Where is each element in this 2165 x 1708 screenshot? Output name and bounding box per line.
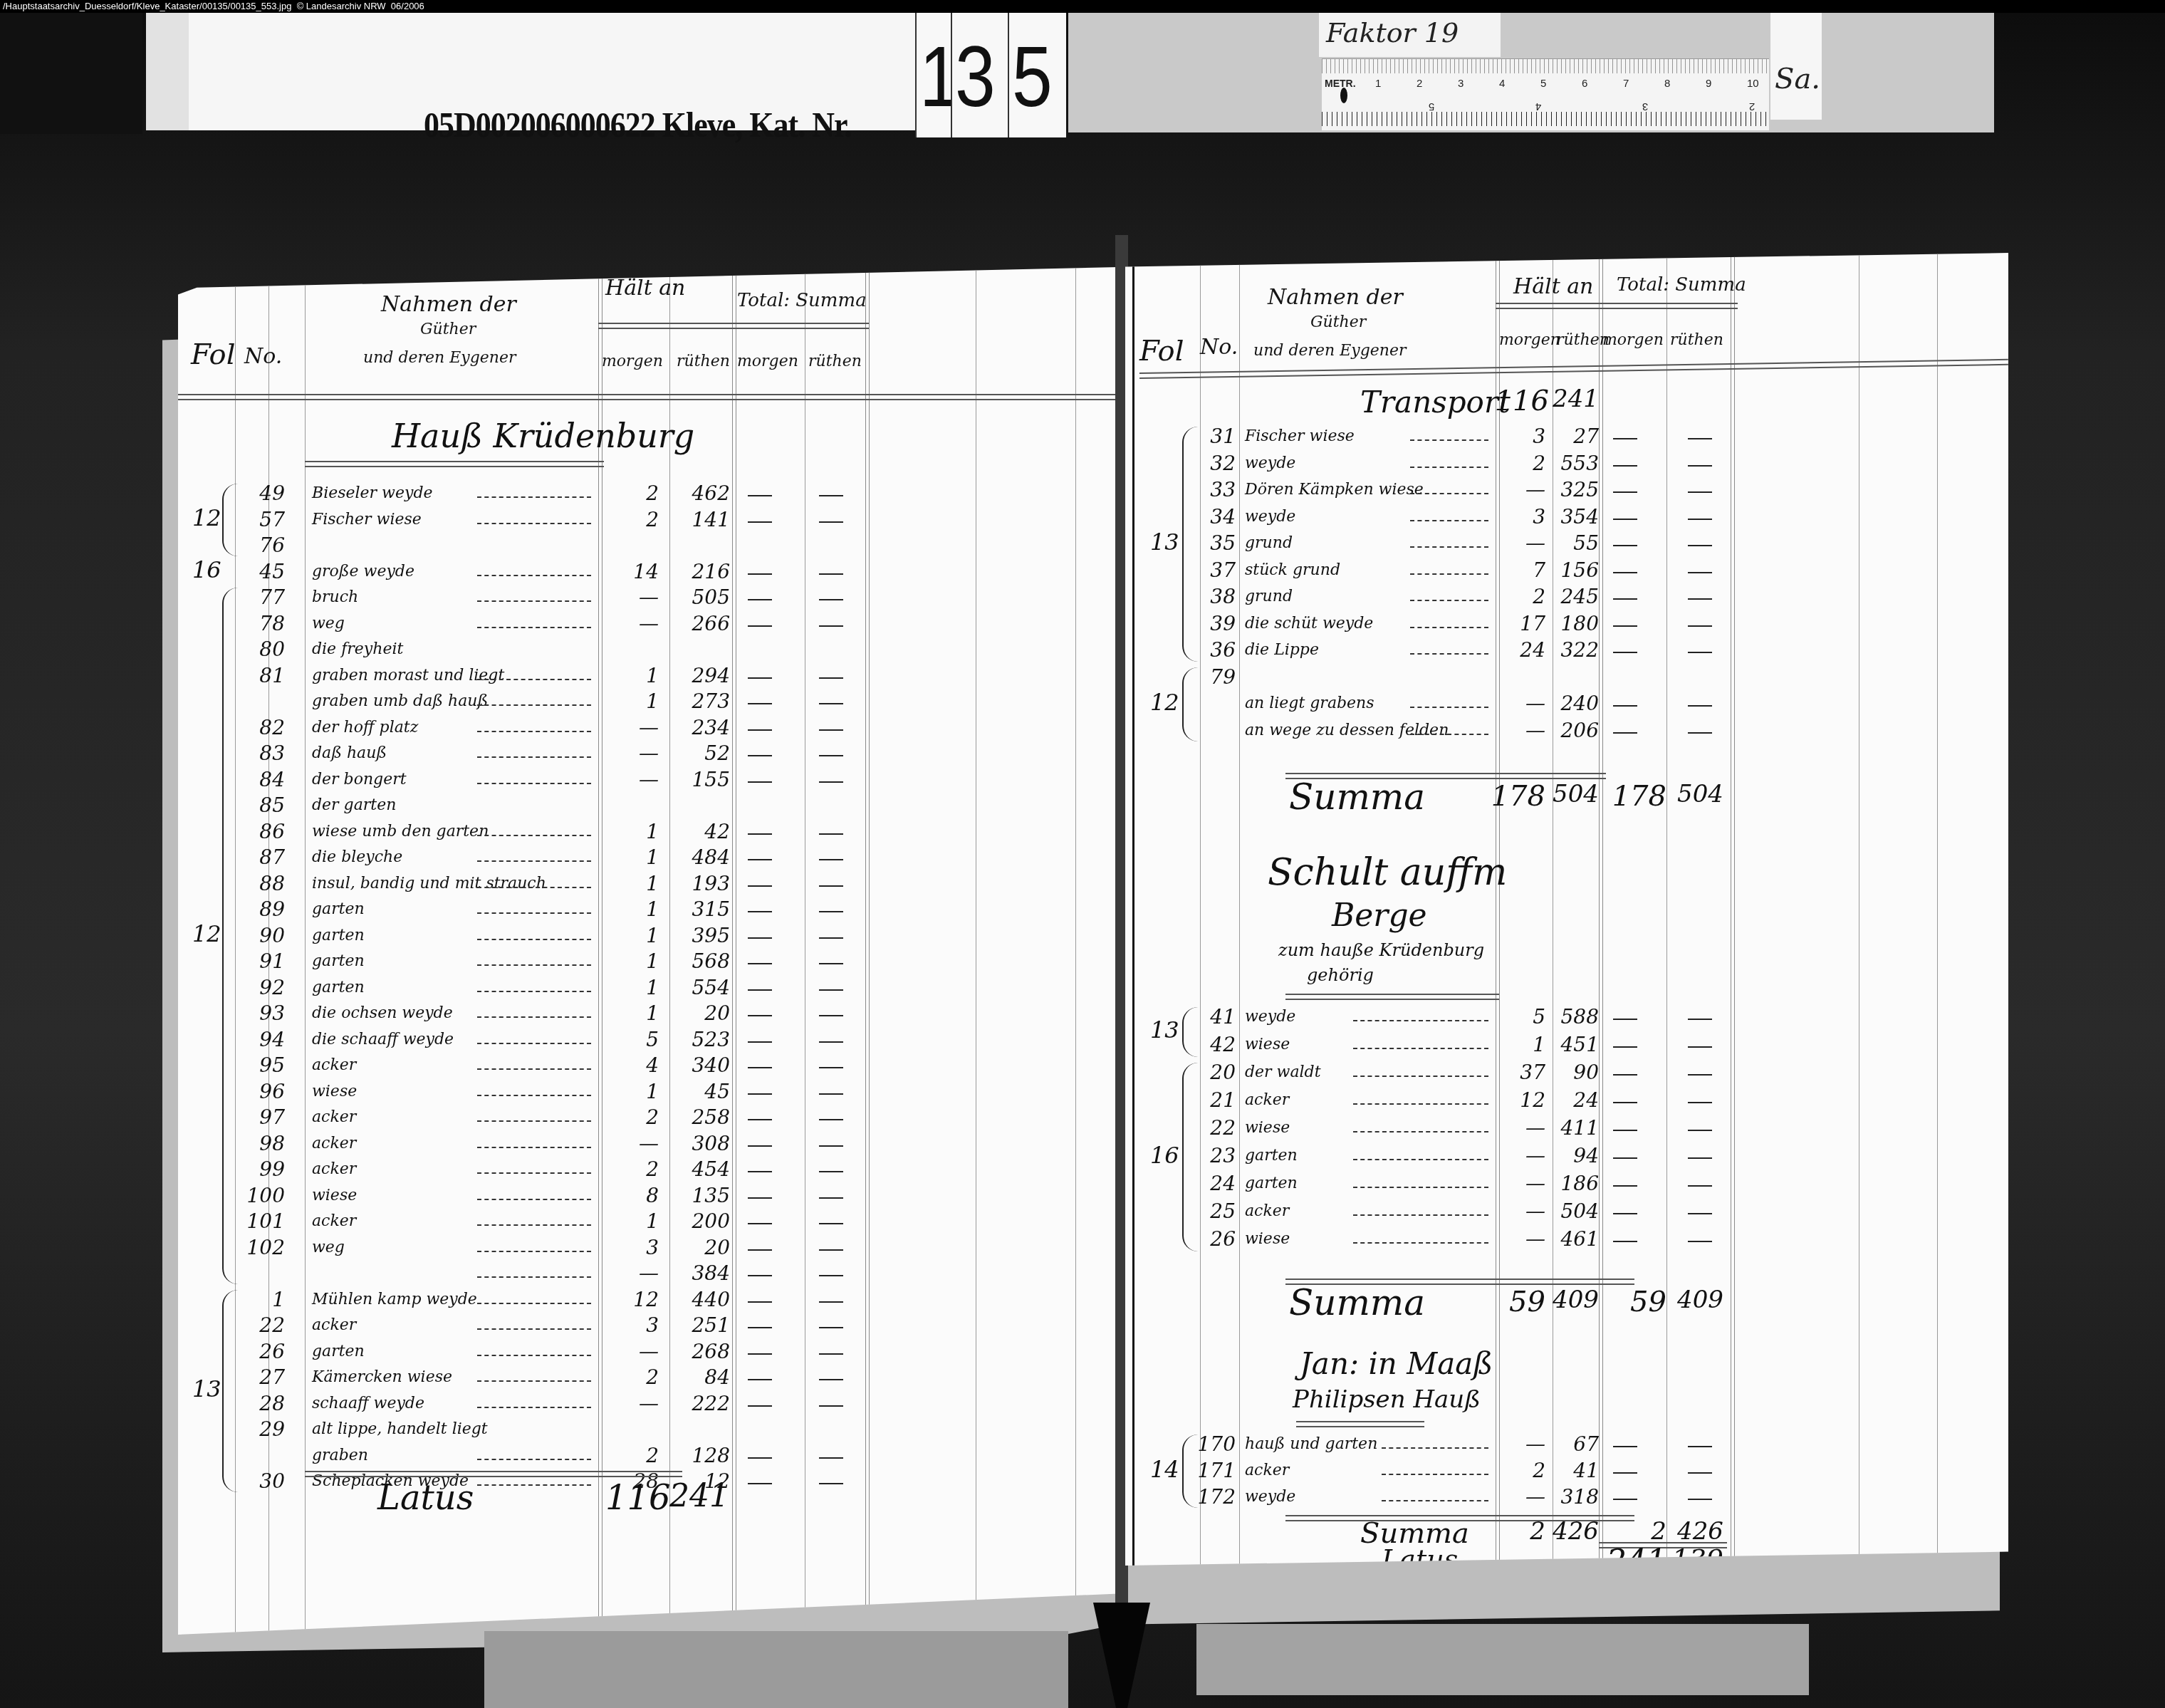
parcel-number: 39	[1193, 611, 1236, 637]
archive-path-caption: /Hauptstaatsarchiv_Duesseldorf/Kleve_Kat…	[0, 0, 2165, 13]
leader-dashes	[1410, 707, 1488, 708]
leader-dashes	[477, 991, 591, 992]
total-dash	[819, 937, 843, 939]
parcel-number: 35	[1193, 531, 1236, 556]
folio-reference: 13	[1150, 1016, 1179, 1043]
parcel-number: 33	[1193, 477, 1236, 503]
ledger-row: 89garten1315	[178, 897, 1104, 922]
area-morgen: 2	[616, 1105, 659, 1130]
total-dash	[819, 1379, 843, 1380]
area-ruthen: 20	[673, 1235, 730, 1261]
total-dash	[819, 521, 843, 523]
ledger-row: 35grund—55	[1125, 531, 2008, 556]
area-morgen: —	[1503, 1171, 1545, 1197]
area-ruthen: 504	[1542, 1199, 1599, 1224]
area-ruthen: 186	[1542, 1171, 1599, 1197]
ledger-row: 20der waldt3790	[1125, 1060, 2008, 1085]
area-ruthen: 67	[1542, 1432, 1599, 1457]
area-ruthen: 340	[673, 1053, 730, 1078]
ruler-ticks	[1322, 112, 1769, 126]
ledger-row: 38grund2245	[1125, 584, 2008, 610]
total-dash	[819, 1015, 843, 1016]
ledger-row: an liegt grabens—240	[1125, 691, 2008, 717]
summa-total-ruthen: 504	[1666, 780, 1723, 808]
parcel-number: 34	[1193, 504, 1236, 530]
parcel-description: wiese	[1245, 1032, 1290, 1058]
parcel-number: 41	[1193, 1004, 1236, 1030]
leader-dashes	[477, 1328, 591, 1330]
parcel-description: acker	[1245, 1199, 1289, 1224]
area-ruthen: 84	[673, 1365, 730, 1390]
parcel-description: Fischer wiese	[1245, 424, 1355, 449]
leader-dashes	[477, 1224, 591, 1226]
area-morgen: 1	[616, 845, 659, 870]
ledger-row: 95acker4340	[178, 1053, 1104, 1078]
total-dash	[748, 911, 772, 912]
leader-dashes	[1353, 1103, 1488, 1105]
total-dash	[819, 1275, 843, 1276]
area-ruthen: 41	[1542, 1458, 1599, 1484]
total-dash	[1613, 1499, 1637, 1500]
col-header-ruthen: rüthen	[1670, 331, 1723, 349]
ruler-number: 5	[1540, 78, 1546, 90]
col-header-name: und deren Eygener	[1253, 342, 1407, 360]
area-ruthen: 55	[1542, 531, 1599, 556]
leader-dashes	[477, 1147, 591, 1148]
parcel-number: 81	[242, 663, 285, 689]
col-header-no: No.	[1200, 335, 1238, 360]
parcel-number: 94	[242, 1027, 285, 1053]
total-dash	[1688, 652, 1712, 653]
leader-dashes	[477, 887, 591, 888]
ruler-number: 2	[1749, 100, 1755, 113]
ledger-row: 90garten1395	[178, 923, 1104, 949]
area-morgen: —	[616, 1391, 659, 1417]
ledger-row: 22acker3251	[178, 1313, 1104, 1338]
parcel-number: 82	[242, 715, 285, 741]
parcel-description: wiese	[1245, 1227, 1290, 1252]
ruler-number: 8	[1664, 78, 1670, 90]
area-ruthen: 20	[673, 1001, 730, 1026]
leader-dashes	[477, 627, 591, 628]
summa-total-morgen: 59	[1599, 1286, 1666, 1318]
total-dash	[819, 833, 843, 835]
ledger-row: 41weyde5588	[1125, 1004, 2008, 1030]
area-morgen: 5	[616, 1027, 659, 1053]
parcel-number: 100	[242, 1183, 285, 1209]
col-header-ruthen: rüthen	[1556, 331, 1610, 349]
area-morgen: 1	[616, 819, 659, 845]
ruler-ticks	[1322, 59, 1769, 73]
parcel-number: 83	[242, 741, 285, 766]
total-dash	[819, 1223, 843, 1224]
total-dash	[1688, 1472, 1712, 1474]
area-morgen: 4	[616, 1053, 659, 1078]
leader-dashes	[477, 1276, 591, 1278]
total-dash	[748, 1301, 772, 1303]
area-morgen: 12	[1503, 1088, 1545, 1113]
leader-dashes	[477, 1016, 591, 1018]
col-header-name: Nahmen der	[1268, 285, 1403, 310]
total-dash	[748, 599, 772, 600]
total-dash	[1688, 1074, 1712, 1076]
summa-label: Summa	[1289, 776, 1425, 818]
parcel-description: graben morast und liegt	[312, 663, 504, 689]
ruler-unit: METR.	[1325, 78, 1356, 89]
area-ruthen: 180	[1542, 611, 1599, 637]
section-title: Hauß Krüdenburg	[392, 417, 694, 455]
total-dash	[748, 1275, 772, 1276]
parcel-description: weg	[312, 1235, 345, 1261]
ruler-number: 3	[1642, 100, 1648, 113]
area-ruthen: 308	[673, 1131, 730, 1157]
folio-reference: 12	[1150, 689, 1179, 716]
total-dash	[819, 755, 843, 756]
ledger-row: an wege zu dessen felden—206	[1125, 718, 2008, 744]
area-morgen: 2	[616, 1365, 659, 1390]
area-morgen: 24	[1503, 637, 1545, 663]
brace-icon	[222, 1290, 238, 1492]
total-dash	[748, 1119, 772, 1120]
area-ruthen: 568	[673, 949, 730, 974]
total-dash	[1613, 1019, 1637, 1020]
ledger-row: 29alt lippe, handelt liegt	[178, 1417, 1104, 1442]
parcel-number: 92	[242, 975, 285, 1001]
leader-dashes	[477, 1459, 591, 1460]
total-dash	[1613, 1472, 1637, 1474]
ledger-row: 32weyde2553	[1125, 451, 2008, 477]
total-dash	[748, 1405, 772, 1407]
ledger-row: 171acker241	[1125, 1458, 2008, 1484]
ledger-row: 79	[1125, 665, 2008, 690]
area-morgen: 8	[616, 1183, 659, 1209]
ledger-row: 45große weyde14216	[178, 559, 1104, 585]
brace-icon	[1182, 1063, 1198, 1251]
ruler-number: 3	[1458, 78, 1464, 90]
total-dash	[1613, 1241, 1637, 1242]
total-dash	[1613, 1046, 1637, 1048]
parcel-number: 20	[1193, 1060, 1236, 1085]
parcel-number: 85	[242, 793, 285, 818]
parcel-number: 88	[242, 871, 285, 897]
leader-dashes	[477, 523, 591, 524]
ledger-row: 37stück grund7156	[1125, 558, 2008, 583]
total-dash	[748, 573, 772, 575]
area-morgen: —	[1503, 531, 1545, 556]
ledger-row: 84der bongert—155	[178, 767, 1104, 793]
ledger-row: 49Bieseler weyde2462	[178, 481, 1104, 506]
total-dash	[748, 963, 772, 964]
parcel-description: garten	[312, 975, 365, 1001]
brace-icon	[1182, 1434, 1198, 1508]
col-header-fol: Fol	[191, 338, 235, 371]
total-dash	[1688, 519, 1712, 520]
parcel-number: 78	[242, 611, 285, 637]
total-dash	[748, 1353, 772, 1355]
total-dash	[1688, 625, 1712, 627]
parcel-number: 22	[1193, 1115, 1236, 1141]
area-ruthen: 266	[673, 611, 730, 637]
area-ruthen: 354	[1542, 504, 1599, 530]
parcel-description: große weyde	[312, 559, 414, 585]
area-ruthen: 462	[673, 481, 730, 506]
area-ruthen: 411	[1542, 1115, 1599, 1141]
leader-dashes	[477, 783, 591, 784]
ledger-row: 99acker2454	[178, 1157, 1104, 1182]
leader-dashes	[1410, 573, 1488, 575]
parcel-number: 97	[242, 1105, 285, 1130]
total-dash	[1613, 1213, 1637, 1214]
parcel-number: 22	[242, 1313, 285, 1338]
label-card-margin	[146, 13, 189, 130]
total-dash	[1613, 438, 1637, 439]
area-ruthen: 451	[1542, 1032, 1599, 1058]
total-dash	[819, 1145, 843, 1147]
parcel-description: acker	[312, 1053, 356, 1078]
leader-dashes	[1410, 734, 1488, 735]
ledger-row: 22wiese—411	[1125, 1115, 2008, 1141]
total-dash	[1688, 1213, 1712, 1214]
leader-dashes	[477, 964, 591, 966]
area-ruthen: 240	[1542, 691, 1599, 717]
ruler-number: 2	[1417, 78, 1422, 90]
parcel-description: die schüt weyde	[1245, 611, 1373, 637]
parcel-number: 96	[242, 1079, 285, 1105]
folio-reference: 14	[1150, 1456, 1179, 1483]
parcel-number: 38	[1193, 584, 1236, 610]
total-dash	[748, 1223, 772, 1224]
parcel-number: 36	[1193, 637, 1236, 663]
area-morgen: —	[1503, 477, 1545, 503]
area-morgen: —	[1503, 1484, 1545, 1510]
parcel-description: garten	[312, 1339, 365, 1365]
total-dash	[1688, 572, 1712, 573]
leader-dashes	[477, 1043, 591, 1044]
total-dash	[748, 1457, 772, 1459]
summa-total-morgen: 178	[1599, 780, 1666, 813]
total-dash	[1613, 519, 1637, 520]
parcel-description: acker	[312, 1209, 356, 1234]
leader-dashes	[477, 600, 591, 602]
leader-dashes	[477, 1355, 591, 1356]
ruler-number: 5	[1429, 100, 1434, 113]
area-morgen: 2	[1503, 1458, 1545, 1484]
total-dash	[1613, 1102, 1637, 1103]
area-ruthen: 588	[1542, 1004, 1599, 1030]
area-morgen: —	[616, 767, 659, 793]
leader-dashes	[1382, 1500, 1488, 1501]
ruler-number: 9	[1706, 78, 1711, 90]
parcel-description: alt lippe, handelt liegt	[312, 1417, 488, 1442]
total-dash	[819, 963, 843, 964]
total-dash	[819, 573, 843, 575]
ledger-row: 83daß hauß—52	[178, 741, 1104, 766]
ledger-row: 100wiese8135	[178, 1183, 1104, 1209]
leader-dashes	[1410, 653, 1488, 655]
brace-icon	[222, 588, 238, 1284]
leader-dashes	[477, 1068, 591, 1070]
col-header-total-summa: Total: Summa	[1617, 274, 1746, 296]
total-dash	[1613, 705, 1637, 707]
area-morgen: —	[1503, 1115, 1545, 1141]
parcel-number: 45	[242, 559, 285, 585]
area-ruthen: 234	[673, 715, 730, 741]
total-dash	[748, 833, 772, 835]
parcel-description: stück grund	[1245, 558, 1340, 583]
leader-dashes	[1353, 1159, 1488, 1160]
folio-reference: 16	[1150, 1142, 1179, 1169]
parcel-number: 77	[242, 585, 285, 610]
col-header-name: Nahmen der	[381, 292, 516, 317]
parcel-description: wiese umb den garten	[312, 819, 489, 845]
total-dash	[1688, 491, 1712, 493]
ledger-row: 57Fischer wiese2141	[178, 507, 1104, 533]
parcel-description: insul, bandig und mit strauch	[312, 871, 546, 897]
ledger-row: 23garten—94	[1125, 1143, 2008, 1169]
parcel-number: 26	[242, 1339, 285, 1365]
parcel-number: 87	[242, 845, 285, 870]
area-ruthen: 318	[1542, 1484, 1599, 1510]
ledger-row: 98acker—308	[178, 1131, 1104, 1157]
area-morgen: —	[1503, 1143, 1545, 1169]
ledger-row: 36die Lippe24322	[1125, 637, 2008, 663]
parcel-number: 89	[242, 897, 285, 922]
area-morgen: 3	[616, 1235, 659, 1261]
parcel-description: garten	[312, 923, 365, 949]
area-morgen: 2	[616, 481, 659, 506]
ledger-row: 42wiese1451	[1125, 1032, 2008, 1058]
parcel-number: 90	[242, 923, 285, 949]
parcel-description: der hoff platz	[312, 715, 418, 741]
total-dash	[1613, 1130, 1637, 1131]
area-ruthen: 45	[673, 1079, 730, 1105]
area-ruthen: 384	[673, 1261, 730, 1286]
total-dash	[1613, 598, 1637, 600]
total-dash	[819, 1041, 843, 1043]
leader-dashes	[477, 1407, 591, 1408]
ledger-row: 87die bleyche1484	[178, 845, 1104, 870]
parcel-description: weyde	[1245, 504, 1295, 530]
ledger-row: 34weyde3354	[1125, 504, 2008, 530]
leader-dashes	[477, 679, 591, 680]
ledger-row: 91garten1568	[178, 949, 1104, 974]
parcel-number: 95	[242, 1053, 285, 1078]
col-header-fol: Fol	[1139, 335, 1184, 368]
total-dash	[748, 1197, 772, 1199]
ledger-row: 77bruch—505	[178, 585, 1104, 610]
area-ruthen: 325	[1542, 477, 1599, 503]
ledger-row: 93die ochsen weyde120	[178, 1001, 1104, 1026]
total-dash	[1688, 545, 1712, 546]
ledger-row: graben2128	[178, 1443, 1104, 1469]
volume-digit-card: 5	[1008, 13, 1066, 137]
leader-dashes	[477, 731, 591, 732]
parcel-number: 91	[242, 949, 285, 974]
total-dash	[1688, 465, 1712, 467]
area-morgen: 1	[616, 663, 659, 689]
parcel-description: acker	[312, 1157, 356, 1182]
parcel-description: die schaaff weyde	[312, 1027, 454, 1053]
total-dash	[748, 1327, 772, 1328]
parcel-number: 57	[242, 507, 285, 533]
area-ruthen: 155	[673, 767, 730, 793]
area-ruthen: 523	[673, 1027, 730, 1053]
total-dash	[819, 1457, 843, 1459]
area-morgen: 1	[616, 923, 659, 949]
parcel-number: 21	[1193, 1088, 1236, 1113]
ruler-number: 4	[1535, 100, 1541, 113]
total-dash	[819, 1171, 843, 1172]
area-ruthen: 222	[673, 1391, 730, 1417]
ledger-row: 27Kämercken wiese284	[178, 1365, 1104, 1390]
ruler-number: 10	[1747, 78, 1759, 90]
total-dash	[1613, 1446, 1637, 1447]
total-dash	[819, 781, 843, 783]
area-ruthen: 27	[1542, 424, 1599, 449]
parcel-number: 37	[1193, 558, 1236, 583]
leader-dashes	[1353, 1242, 1488, 1244]
book-stand-left	[484, 1631, 1068, 1708]
total-dash	[1688, 1157, 1712, 1159]
total-dash	[748, 495, 772, 496]
total-dash	[1613, 652, 1637, 653]
parcel-description: an wege zu dessen felden	[1245, 718, 1449, 744]
book-stand-right	[1196, 1624, 1809, 1695]
total-dash	[748, 859, 772, 860]
folio-reference: 12	[192, 504, 221, 531]
parcel-description: grund	[1245, 584, 1293, 610]
total-dash	[1613, 572, 1637, 573]
parcel-description: Mühlen kamp weyde	[312, 1287, 477, 1313]
area-ruthen: 505	[673, 585, 730, 610]
area-morgen: 2	[616, 1443, 659, 1469]
leader-dashes	[1353, 1214, 1488, 1216]
latus-label: Latus	[377, 1478, 474, 1518]
total-dash	[748, 625, 772, 627]
ledger-row: 26wiese—461	[1125, 1227, 2008, 1252]
parcel-number: 79	[1193, 665, 1236, 690]
total-dash	[748, 1041, 772, 1043]
parcel-description: die freyheit	[312, 637, 403, 662]
total-dash	[748, 1379, 772, 1380]
total-dash	[748, 729, 772, 731]
parcel-description: weyde	[1245, 1004, 1295, 1030]
total-dash	[819, 885, 843, 887]
parcel-description: garten	[312, 949, 365, 974]
ruler-hole-icon	[1340, 88, 1347, 103]
ruler-number: 6	[1582, 78, 1587, 90]
leader-dashes	[477, 1484, 591, 1486]
total-dash	[1688, 1046, 1712, 1048]
leader-dashes	[1410, 546, 1488, 548]
leader-dashes	[1382, 1474, 1488, 1475]
parcel-number: 31	[1193, 424, 1236, 449]
ledger-row: 78weg—266	[178, 611, 1104, 637]
col-header-haelt-an: Hält an	[605, 276, 685, 301]
area-ruthen: 273	[673, 689, 730, 714]
total-dash	[819, 625, 843, 627]
area-morgen: 3	[616, 1313, 659, 1338]
total-dash	[748, 1171, 772, 1172]
ledger-row: 92garten1554	[178, 975, 1104, 1001]
parcel-number: 172	[1193, 1484, 1236, 1510]
ledger-row: 102weg320	[178, 1235, 1104, 1261]
col-header-no: No.	[244, 344, 282, 369]
ruler-number: 1	[1375, 78, 1381, 90]
parcel-description: bruch	[312, 585, 358, 610]
col-header-ruthen: rüthen	[808, 353, 862, 370]
ledger-row: 96wiese145	[178, 1079, 1104, 1105]
